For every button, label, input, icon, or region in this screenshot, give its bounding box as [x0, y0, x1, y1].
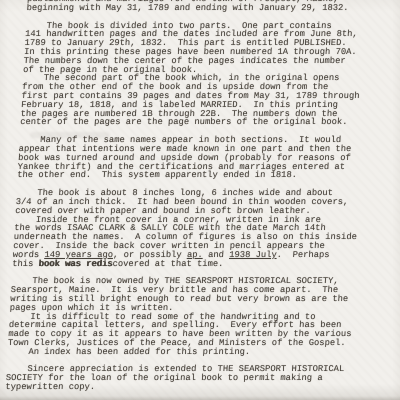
document-text-block: publishments and marriages for the town … [5, 0, 371, 400]
paragraph-5: The book is now owned by THE SEARSPORT H… [7, 277, 355, 356]
paragraph-2: The book is divided into two parts. One … [20, 22, 369, 128]
text-line: beginning with May 31, 1789 and ending w… [26, 4, 370, 13]
document-page: publishments and marriages for the town … [0, 0, 400, 400]
scan-edge-shadow [0, 396, 400, 400]
text-line: the other end. This system apparently en… [17, 171, 361, 180]
text-line: An index has been added for this printin… [7, 348, 351, 357]
paragraph-4: The book is about 8 inches long, 6 inche… [12, 189, 360, 268]
text-segment: . Perhaps [276, 250, 329, 260]
text-segment: this [12, 259, 39, 269]
text-line: center of the pages are the page numbers… [20, 118, 364, 127]
paragraph-3: Many of the same names appear in both se… [17, 136, 363, 180]
overstruck-text: book was redis [38, 259, 112, 269]
text-segment: covered at that time. [112, 259, 223, 269]
paper-smudge [30, 132, 110, 138]
paragraph-1: publishments and marriages for the town … [26, 0, 370, 13]
paragraph-6: Sincere appreciation is extended to THE … [5, 365, 350, 391]
text-line: this book was rediscovered at that time. [12, 260, 356, 269]
underlined-text: 1938 July [229, 250, 277, 260]
text-line: typewritten copy. [5, 383, 349, 392]
